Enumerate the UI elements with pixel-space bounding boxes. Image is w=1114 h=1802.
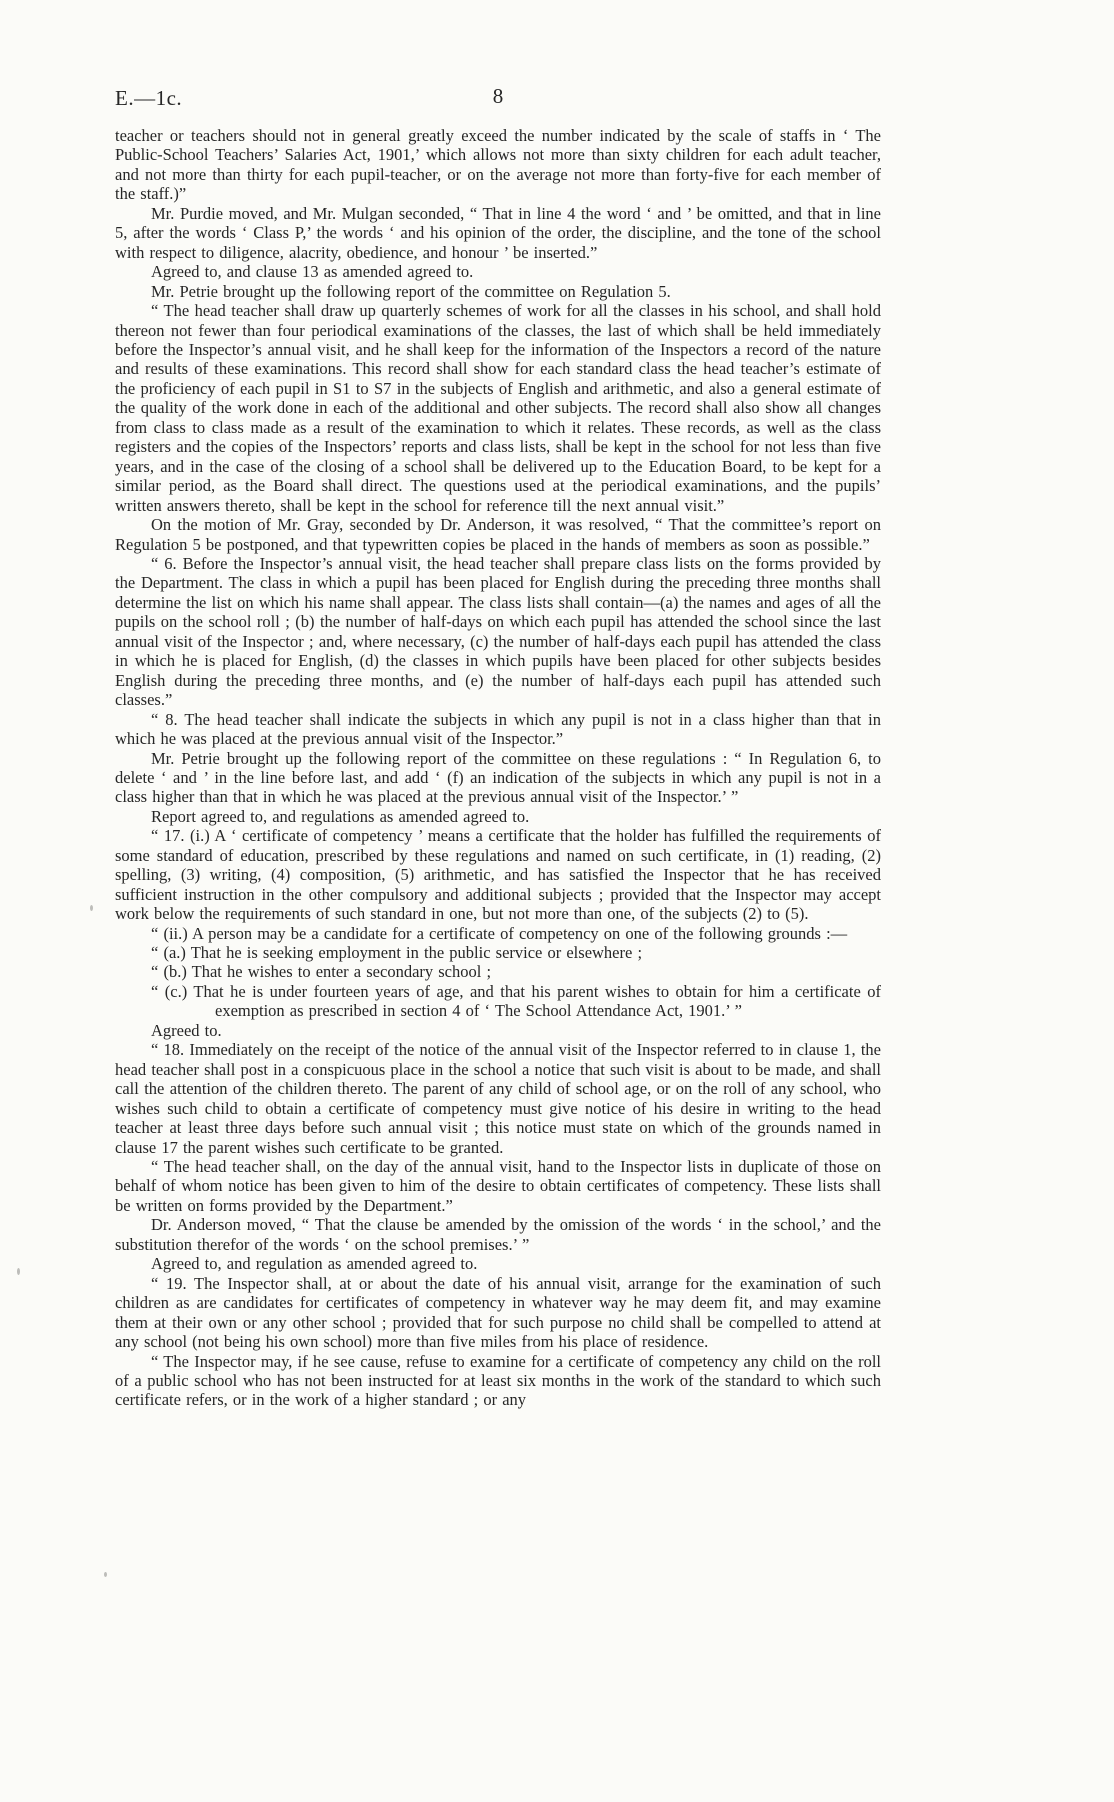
page-header: 8 E.—1c. <box>115 86 881 116</box>
paragraph: Mr. Purdie moved, and Mr. Mulgan seconde… <box>115 204 881 262</box>
paragraph: “ (a.) That he is seeking employment in … <box>115 943 881 962</box>
paragraph: Agreed to, and regulation as amended agr… <box>115 1254 881 1273</box>
paragraph: Report agreed to, and regulations as ame… <box>115 807 881 826</box>
paragraph: “ (b.) That he wishes to enter a seconda… <box>115 962 881 981</box>
paragraph: “ 17. (i.) A ‘ certificate of competency… <box>115 826 881 923</box>
scanned-document-page: 8 E.—1c. teacher or teachers should not … <box>0 0 1114 1802</box>
scan-speck <box>17 1268 20 1275</box>
paragraph: Mr. Petrie brought up the following repo… <box>115 749 881 807</box>
paragraph: “ (c.) That he is under fourteen years o… <box>115 982 881 1021</box>
document-reference: E.—1c. <box>115 86 182 111</box>
paragraph: “ (ii.) A person may be a candidate for … <box>115 924 881 943</box>
paragraph: “ The Inspector may, if he see cause, re… <box>115 1352 881 1410</box>
paragraph: teacher or teachers should not in genera… <box>115 126 881 204</box>
scan-speck <box>90 905 93 911</box>
paragraph: “ 19. The Inspector shall, at or about t… <box>115 1274 881 1352</box>
paragraph: Agreed to, and clause 13 as amended agre… <box>115 262 881 281</box>
paragraph: “ 8. The head teacher shall indicate the… <box>115 710 881 749</box>
page-number: 8 <box>115 84 881 109</box>
paragraph: Dr. Anderson moved, “ That the clause be… <box>115 1215 881 1254</box>
scan-speck <box>104 1572 107 1577</box>
paragraph: “ The head teacher shall draw up quarter… <box>115 301 881 515</box>
paragraph: Agreed to. <box>115 1021 881 1040</box>
paragraph: Mr. Petrie brought up the following repo… <box>115 282 881 301</box>
document-body: teacher or teachers should not in genera… <box>115 126 881 1410</box>
paragraph: On the motion of Mr. Gray, seconded by D… <box>115 515 881 554</box>
paragraph: “ The head teacher shall, on the day of … <box>115 1157 881 1215</box>
paragraph: “ 6. Before the Inspector’s annual visit… <box>115 554 881 710</box>
paragraph: “ 18. Immediately on the receipt of the … <box>115 1040 881 1157</box>
